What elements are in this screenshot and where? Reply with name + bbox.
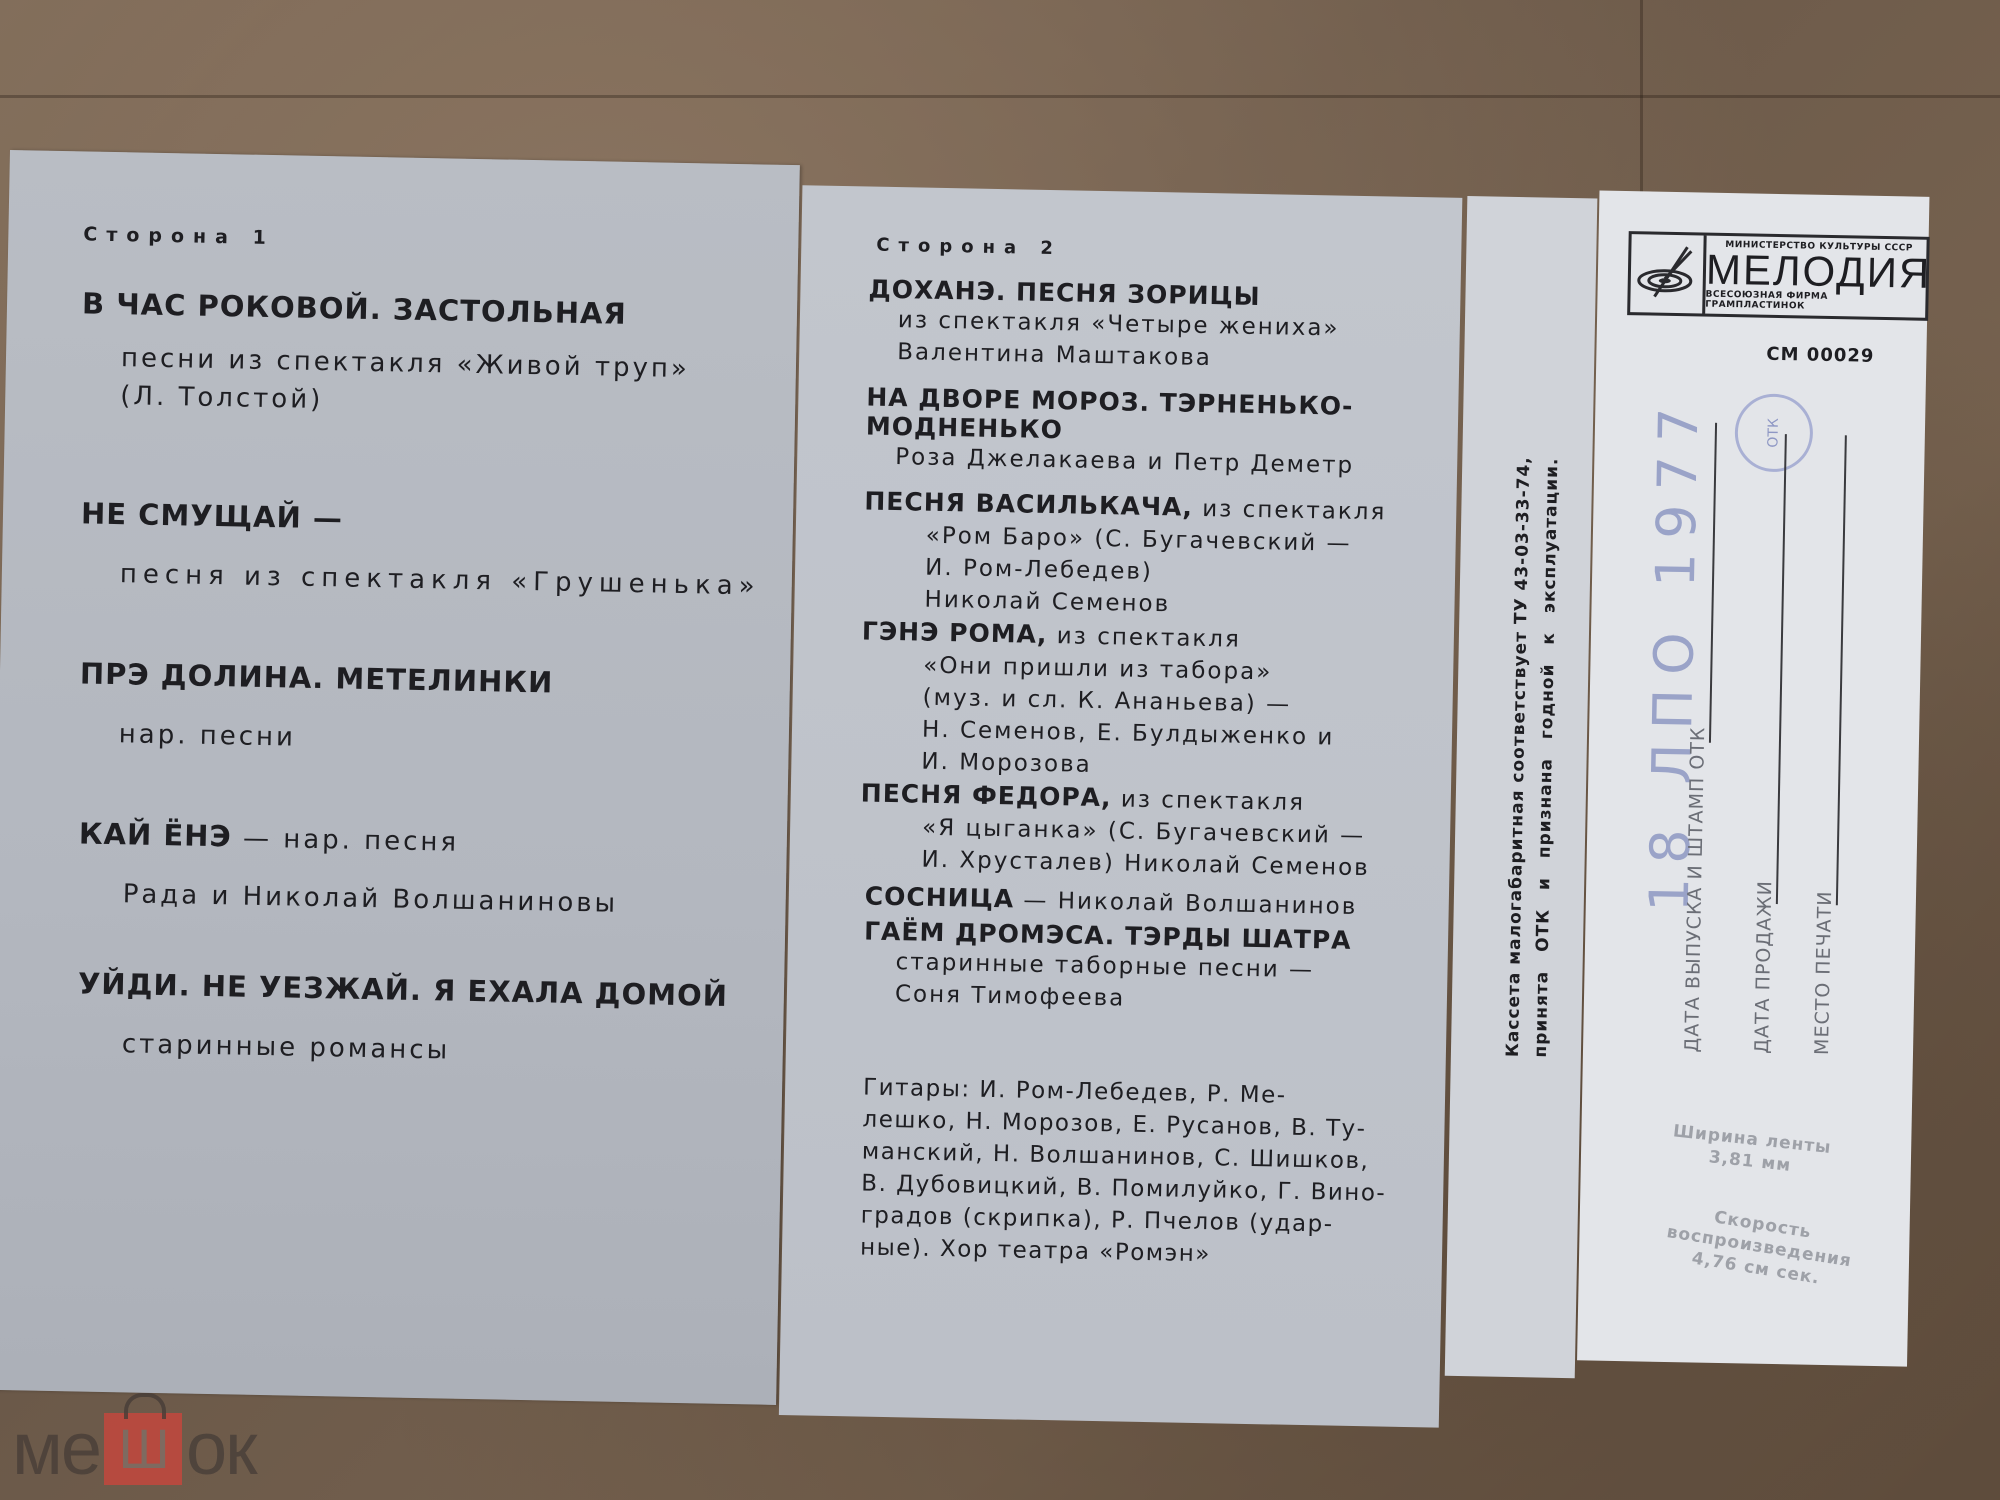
side-2-label: Сторона 2: [876, 235, 1062, 260]
side-1-label: Сторона 1: [83, 223, 275, 249]
side-2-panel: Сторона 2 ДОХАНЭ. ПЕСНЯ ЗОРИЦЫ из спекта…: [779, 185, 1462, 1427]
track-list-item: НА ДВОРЕ МОРОЗ. ТЭРНЕНЬКО- МОДНЕНЬКО Роз…: [865, 382, 1356, 481]
sale-date-line: [1776, 434, 1787, 904]
otk-stamp: ОТК: [1734, 393, 1813, 472]
track-list-item: УЙДИ. НЕ УЕЗЖАЙ. Я ЕХАЛА ДОМОЙ старинные…: [77, 966, 729, 1070]
seal-place-field: МЕСТО ПЕЧАТИ: [1811, 890, 1836, 1055]
track-list-item: В ЧАС РОКОВОЙ. ЗАСТОЛЬНАЯ песни из спект…: [80, 286, 691, 422]
cardboard-crease: [0, 95, 2000, 98]
cassette-insert: Сторона 1 В ЧАС РОКОВОЙ. ЗАСТОЛЬНАЯ песн…: [0, 150, 1940, 1427]
track-list-item: НЕ СМУЩАЙ — песня из спектакля «Грушеньк…: [80, 496, 762, 601]
cardboard-crease: [1640, 0, 1643, 200]
seal-place-line: [1836, 435, 1847, 905]
melodiya-logo: МИНИСТЕРСТВО КУЛЬТУРЫ СССР МЕЛОДИЯ ВСЕСО…: [1627, 231, 1930, 321]
track-list-item: КАЙ ЁНЭ — нар. песня Рада и Николай Волш…: [77, 816, 619, 918]
track-list-item: ГАЁМ ДРОМЭСА. ТЭРДЫ ШАТРА старинные табо…: [863, 917, 1352, 1019]
release-date-line: [1709, 423, 1717, 743]
track-list-item: ГЭНЭ РОМА, из спектакля «Они пришли из т…: [859, 616, 1336, 785]
shopping-bag-icon: Ш: [104, 1413, 182, 1485]
tape-width-text: Ширина ленты 3,81 мм: [1649, 1118, 1853, 1183]
spine-compliance-text: Кассета малогабаритная соответствует ТУ …: [1499, 456, 1567, 1058]
spine-panel: Кассета малогабаритная соответствует ТУ …: [1445, 196, 1598, 1378]
record-logo-icon: [1630, 234, 1706, 313]
catalog-number: СМ 00029: [1766, 344, 1874, 367]
track-list-item: ПРЭ ДОЛИНА. МЕТЕЛИНКИ нар. песни: [79, 656, 554, 757]
credits-block: Гитары: И. Ром-Лебедев, Р. Ме- лешко, Н.…: [860, 1072, 1389, 1274]
track-list-item: ПЕСНЯ ВАСИЛЬКАЧА, из спектакля «Ром Баро…: [862, 486, 1386, 624]
sale-date-field: ДАТА ПРОДАЖИ: [1751, 880, 1776, 1054]
side-1-panel: Сторона 1 В ЧАС РОКОВОЙ. ЗАСТОЛЬНАЯ песн…: [0, 150, 800, 1405]
playback-speed-text: Скорость воспроизведения 4,76 см сек.: [1645, 1197, 1873, 1297]
track-list-item: ПЕСНЯ ФЕДОРА, из спектакля «Я цыганка» (…: [859, 778, 1371, 884]
track-list-item: ДОХАНЭ. ПЕСНЯ ЗОРИЦЫ из спектакля «Четыр…: [867, 275, 1340, 377]
meshok-watermark: ме Ш ок: [12, 1406, 256, 1491]
label-panel: МИНИСТЕРСТВО КУЛЬТУРЫ СССР МЕЛОДИЯ ВСЕСО…: [1577, 191, 1929, 1367]
track-list-item: СОСНИЦА — Николай Волшанинов: [864, 882, 1357, 923]
